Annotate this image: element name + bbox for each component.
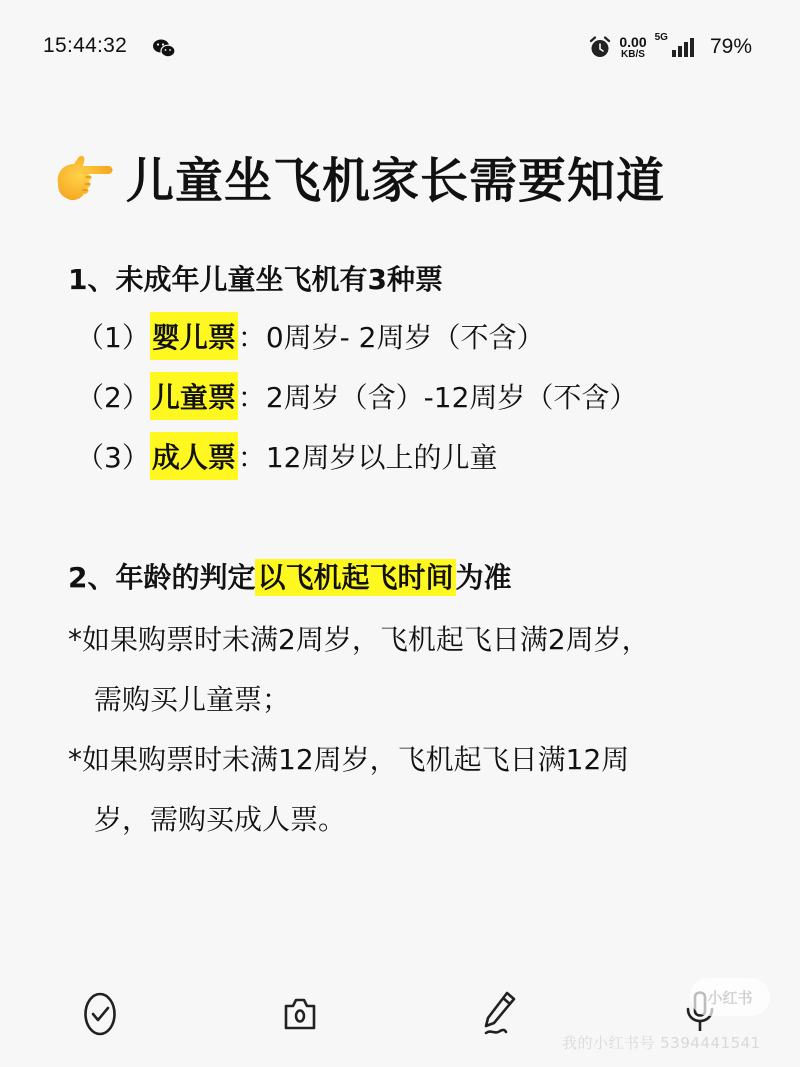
ticket-type-tag: 儿童票 <box>150 372 238 420</box>
ticket-age-range: 2周岁（含）-12周岁（不含） <box>266 376 638 416</box>
note-1-line-1: *如果购票时未满2周岁，飞机起飞日满2周岁， <box>68 618 650 658</box>
section-2-heading-highlight: 以飞机起飞时间 <box>255 559 455 596</box>
pointing-hand-icon <box>50 146 116 208</box>
separator: ： <box>238 376 266 416</box>
section-2-heading-suffix: 为准 <box>456 561 512 594</box>
item-number: （2） <box>76 376 150 416</box>
camera-icon <box>277 991 323 1037</box>
section-2-heading: 2、年龄的判定以飞机起飞时间为准 <box>68 556 512 596</box>
watermark-text: 我的小红书号 5394441541 <box>562 1032 761 1053</box>
note-2-line-1: *如果购票时未满12周岁，飞机起飞日满12周 <box>68 738 629 778</box>
check-button[interactable] <box>74 988 126 1040</box>
check-circle-icon <box>77 991 123 1037</box>
wechat-icon <box>152 38 176 58</box>
ticket-age-range: 12周岁以上的儿童 <box>266 436 498 476</box>
separator: ： <box>238 316 266 356</box>
section-1-heading: 1、未成年儿童坐飞机有3种票 <box>68 258 443 298</box>
note-1-line-2: 需购买儿童票； <box>94 678 290 718</box>
status-indicators: 0.00 KB/S 5G 79% <box>589 30 752 64</box>
item-number: （3） <box>76 436 150 476</box>
network-type: 5G <box>655 32 668 43</box>
ticket-type-tag: 婴儿票 <box>150 312 238 360</box>
network-speed: 0.00 KB/S <box>619 35 646 60</box>
battery-level: 79% <box>710 35 752 59</box>
watermark-logo: 小红书 <box>690 978 770 1016</box>
ticket-item-adult: （3） 成人票 ： 12周岁以上的儿童 <box>76 432 498 480</box>
pen-icon <box>477 989 523 1039</box>
ticket-item-child: （2） 儿童票 ： 2周岁（含）-12周岁（不含） <box>76 372 637 420</box>
edit-button[interactable] <box>474 988 526 1040</box>
status-bar: 15:44:32 0.00 KB/S 5G 79% <box>0 0 800 96</box>
item-number: （1） <box>76 316 150 356</box>
signal-bars-icon <box>670 37 696 57</box>
network-speed-value: 0.00 <box>619 35 646 49</box>
status-time: 15:44:32 <box>43 34 127 58</box>
camera-button[interactable] <box>274 988 326 1040</box>
alarm-icon <box>589 36 611 58</box>
ticket-age-range: 0周岁- 2周岁（不含） <box>266 316 545 356</box>
page-title: 儿童坐飞机家长需要知道 <box>126 142 665 211</box>
note-2-line-2: 岁，需购买成人票。 <box>94 798 346 838</box>
separator: ： <box>238 436 266 476</box>
ticket-item-infant: （1） 婴儿票 ： 0周岁- 2周岁（不含） <box>76 312 545 360</box>
section-2-heading-prefix: 2、年龄的判定 <box>68 561 255 594</box>
network-speed-unit: KB/S <box>621 50 645 60</box>
title-row: 儿童坐飞机家长需要知道 <box>50 142 665 211</box>
ticket-type-tag: 成人票 <box>150 432 238 480</box>
